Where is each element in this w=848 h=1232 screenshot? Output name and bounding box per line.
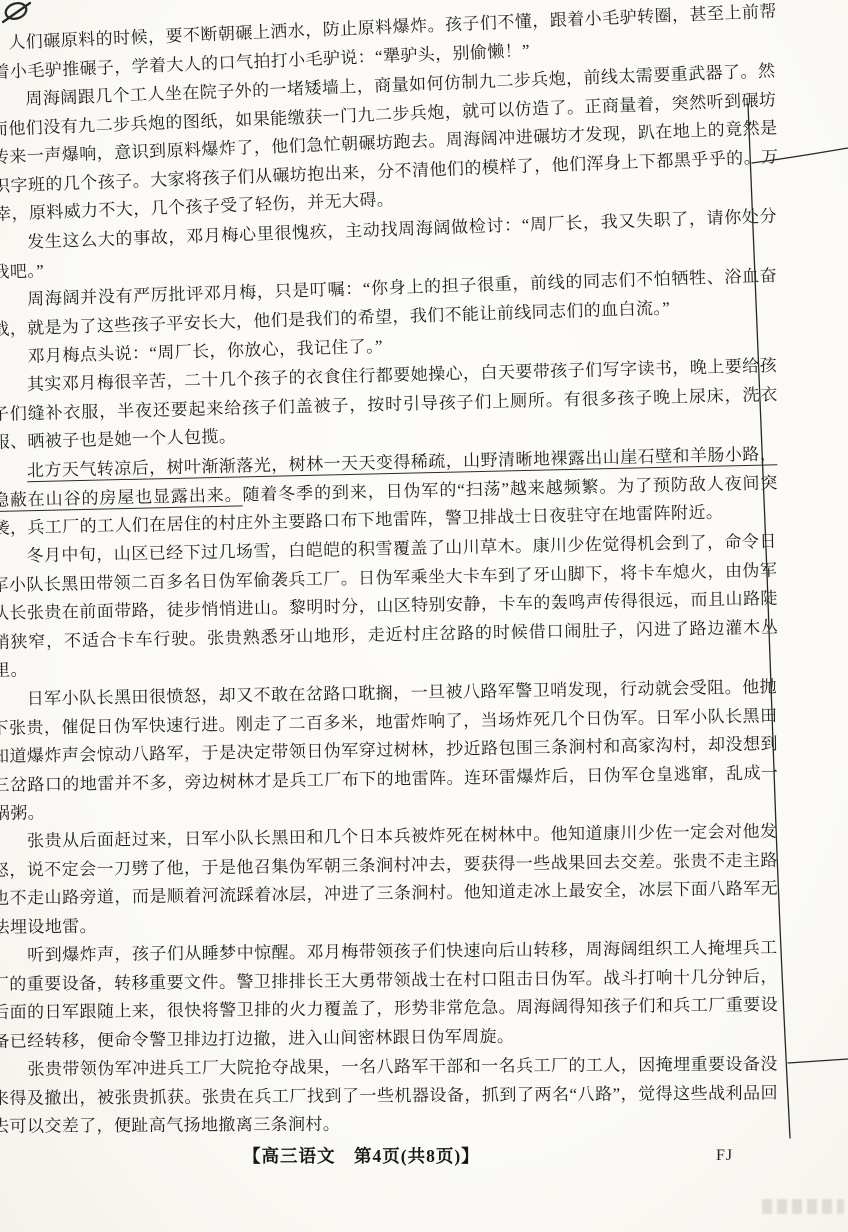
passage-paragraph: 周海阔跟几个工人坐在院子外的一堵矮墙上，商量如何仿制九二步兵炮，前线太需要重武器…: [0, 57, 780, 229]
passage-paragraph: 日军小队长黑田很愤怒，却又不敢在岔路口耽搁，一旦被八路军警卫哨发现，行动就会受阻…: [0, 673, 779, 828]
paper-code: FJ: [716, 1147, 733, 1165]
page-number-label: 【高三语文 第4页(共8页)】: [243, 1143, 480, 1168]
passage-paragraph: 张贵从后面赶过来，日军小队长黑田和几个日本兵被炸死在树林中。他知道康川少佐一定会…: [0, 818, 779, 942]
faint-stamp: [762, 1199, 844, 1214]
passage-paragraph: 其实邓月梅很辛苦，二十几个孩子的衣食住行都要她操心，白天要带孩子们写字读书，晚上…: [0, 352, 779, 457]
reading-passage: 人们碾原料的时候，要不断朝碾上洒水，防止原料爆炸。孩子们不懂，跟着小毛驴转圈，甚…: [0, 30, 778, 1142]
exam-page: 人们碾原料的时候，要不断朝碾上洒水，防止原料爆炸。孩子们不懂，跟着小毛驴转圈，甚…: [0, 0, 848, 1232]
passage-paragraph: 张贵带领伪军冲进兵工厂大院抢夺战果，一名八路军干部和一名兵工厂的工人，因掩埋重要…: [0, 1051, 778, 1142]
passage-paragraph: 北方天气转凉后，树叶渐渐落光，树林一天天变得稀疏，山野清晰地裸露出山崖石壁和羊肠…: [0, 440, 779, 543]
passage-paragraph: 听到爆炸声，孩子们从睡梦中惊醒。邓月梅带领孩子们快速向后山转移，周海阔组织工人掩…: [0, 934, 779, 1056]
fold-horizontal-bottom: [788, 1059, 848, 1063]
pen-mark-icon: [3, 1, 30, 22]
passage-paragraph: 冬月中旬，山区已经下过几场雪，白皑皑的积雪覆盖了山川草木。康川少佐觉得机会到了，…: [0, 528, 779, 686]
